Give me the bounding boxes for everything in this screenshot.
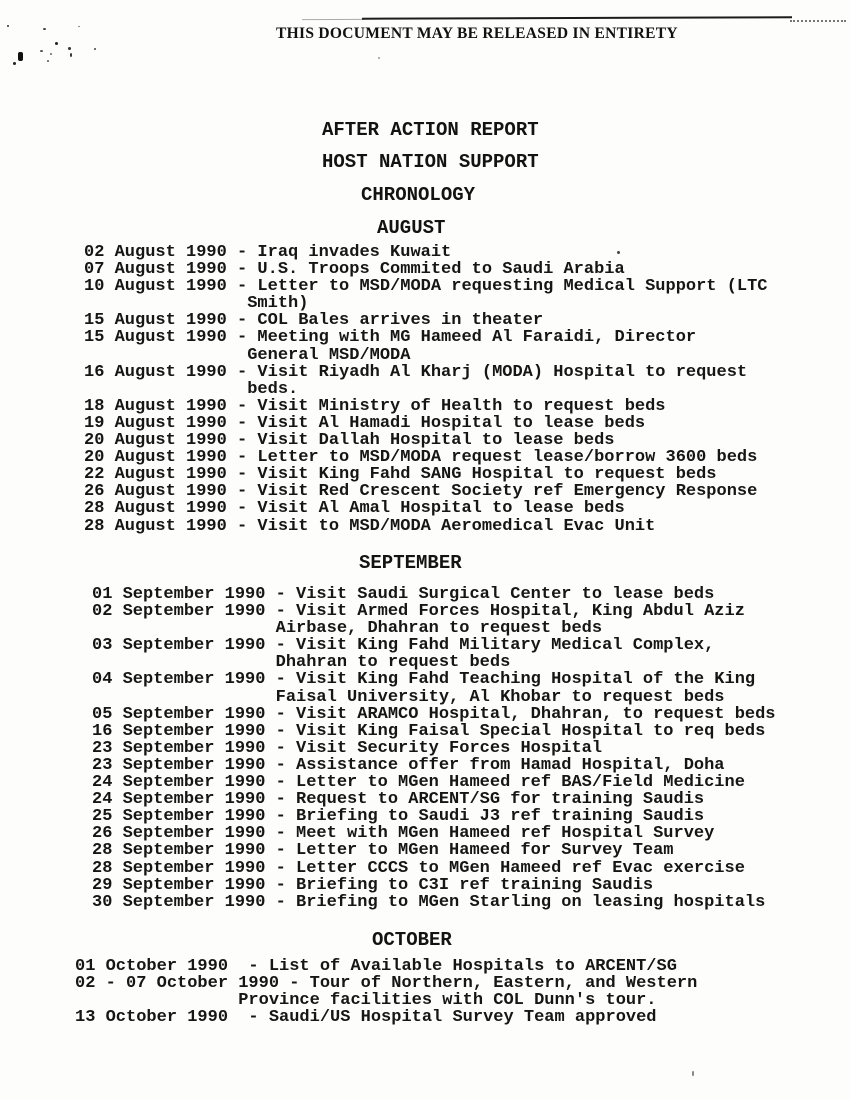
ink-speckle (70, 53, 72, 57)
chronology-entry-continuation: Dhahran to request beds (92, 654, 776, 671)
chronology-entry: 26 August 1990 - Visit Red Crescent Soci… (84, 483, 768, 500)
chronology-entry: 01 October 1990 - List of Available Hosp… (75, 958, 697, 975)
chronology-entry: 04 September 1990 - Visit King Fahd Teac… (92, 671, 776, 688)
chronology-entry: 29 September 1990 - Briefing to C3I ref … (92, 877, 776, 894)
chronology-entry: 28 August 1990 - Visit Al Amal Hospital … (84, 500, 768, 517)
ink-speckle (47, 60, 49, 62)
chronology-entry: 20 August 1990 - Visit Dallah Hospital t… (84, 432, 768, 449)
chronology-entry: 26 September 1990 - Meet with MGen Hamee… (92, 825, 776, 842)
chronology-entry: 03 September 1990 - Visit King Fahd Mili… (92, 637, 776, 654)
chronology-entry: 16 September 1990 - Visit King Faisal Sp… (92, 723, 776, 740)
ink-speckle (378, 57, 380, 59)
chronology-section-october: 01 October 1990 - List of Available Hosp… (75, 958, 697, 1026)
chronology-entry: 02 August 1990 - Iraq invades Kuwait (84, 244, 768, 261)
ink-speckle (50, 53, 52, 55)
ink-speckle (7, 25, 9, 27)
ink-speckle (55, 42, 58, 45)
chronology-entry: 24 September 1990 - Request to ARCENT/SG… (92, 791, 776, 808)
title-chronology: CHRONOLOGY (361, 184, 475, 206)
month-heading-september: SEPTEMBER (359, 552, 462, 574)
chronology-entry: 23 September 1990 - Visit Security Force… (92, 740, 776, 757)
document-page: THIS DOCUMENT MAY BE RELEASED IN ENTIRET… (0, 0, 850, 1100)
ink-blot (18, 52, 23, 61)
chronology-entry: 19 August 1990 - Visit Al Hamadi Hospita… (84, 415, 768, 432)
chronology-entry: 25 September 1990 - Briefing to Saudi J3… (92, 808, 776, 825)
chronology-entry-continuation: beds. (84, 381, 768, 398)
chronology-entry: 24 September 1990 - Letter to MGen Hamee… (92, 774, 776, 791)
chronology-entry: 20 August 1990 - Letter to MSD/MODA requ… (84, 449, 768, 466)
ink-speckle (94, 48, 96, 50)
chronology-entry: 30 September 1990 - Briefing to MGen Sta… (92, 894, 776, 911)
chronology-entry: 22 August 1990 - Visit King Fahd SANG Ho… (84, 466, 768, 483)
chronology-entry: 28 August 1990 - Visit to MSD/MODA Aerom… (84, 518, 768, 535)
chronology-entry: 01 September 1990 - Visit Saudi Surgical… (92, 586, 776, 603)
chronology-section-august: 02 August 1990 - Iraq invades Kuwait07 A… (84, 244, 768, 535)
release-notice: THIS DOCUMENT MAY BE RELEASED IN ENTIRET… (276, 25, 678, 43)
ink-speckle (68, 47, 71, 50)
chronology-entry: 23 September 1990 - Assistance offer fro… (92, 757, 776, 774)
scan-line-artifact (790, 20, 846, 22)
ink-speckle (40, 50, 43, 52)
ink-speckle (13, 62, 16, 65)
chronology-entry: 13 October 1990 - Saudi/US Hospital Surv… (75, 1009, 697, 1026)
chronology-entry: 15 August 1990 - COL Bales arrives in th… (84, 312, 768, 329)
chronology-entry: 15 August 1990 - Meeting with MG Hameed … (84, 329, 768, 346)
chronology-entry: 28 September 1990 - Letter CCCS to MGen … (92, 860, 776, 877)
chronology-entry: 07 August 1990 - U.S. Troops Commited to… (84, 261, 768, 278)
chronology-entry: 02 - 07 October 1990 - Tour of Northern,… (75, 975, 697, 992)
chronology-entry: 18 August 1990 - Visit Ministry of Healt… (84, 398, 768, 415)
scan-line-artifact (302, 19, 364, 20)
chronology-section-september: 01 September 1990 - Visit Saudi Surgical… (92, 586, 776, 911)
scan-line-artifact (362, 16, 792, 20)
ink-speckle (692, 1071, 694, 1076)
chronology-entry: 16 August 1990 - Visit Riyadh Al Kharj (… (84, 364, 768, 381)
title-host-nation-support: HOST NATION SUPPORT (322, 151, 539, 173)
ink-speckle (43, 28, 46, 30)
title-after-action-report: AFTER ACTION REPORT (322, 119, 539, 141)
chronology-entry-continuation: Smith) (84, 295, 768, 312)
chronology-entry: 05 September 1990 - Visit ARAMCO Hospita… (92, 706, 776, 723)
chronology-entry-continuation: Province facilities with COL Dunn's tour… (75, 992, 697, 1009)
month-heading-august: AUGUST (377, 217, 445, 239)
month-heading-october: OCTOBER (372, 929, 452, 951)
chronology-entry: 02 September 1990 - Visit Armed Forces H… (92, 603, 776, 620)
chronology-entry: 28 September 1990 - Letter to MGen Hamee… (92, 842, 776, 859)
chronology-entry-continuation: Faisal University, Al Khobar to request … (92, 689, 776, 706)
chronology-entry-continuation: General MSD/MODA (84, 347, 768, 364)
chronology-entry-continuation: Airbase, Dhahran to request beds (92, 620, 776, 637)
chronology-entry: 10 August 1990 - Letter to MSD/MODA requ… (84, 278, 768, 295)
ink-speckle (78, 26, 80, 27)
